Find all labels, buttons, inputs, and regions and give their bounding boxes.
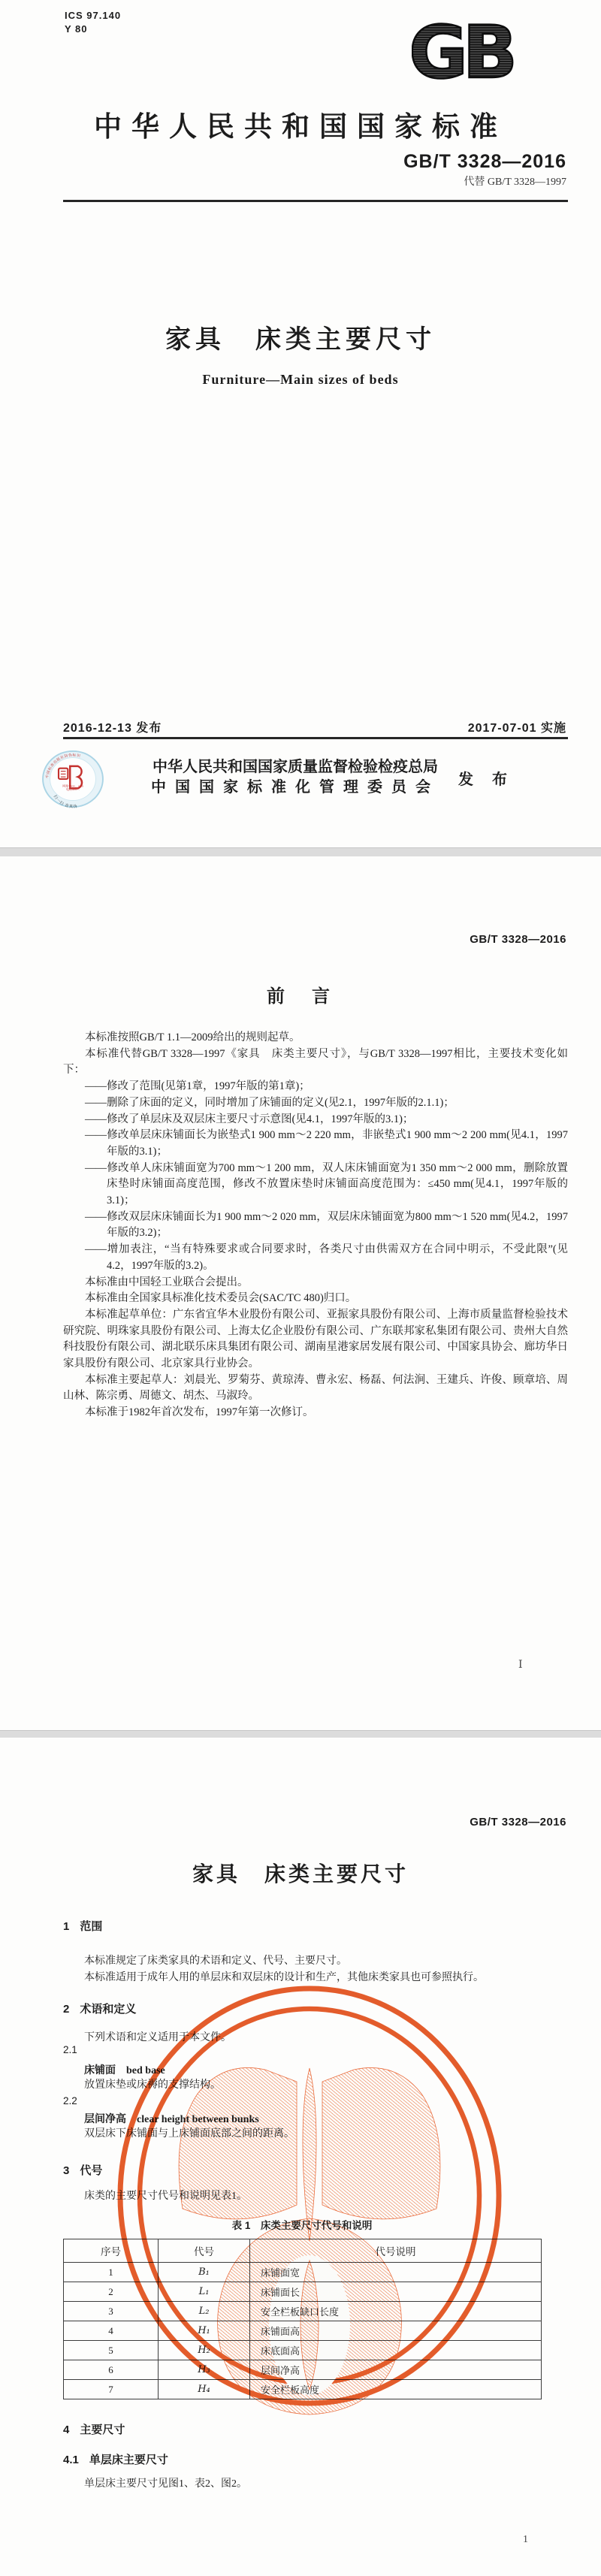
section-title: 单层床主要尺寸: [89, 2454, 168, 2466]
document-title-en: Furniture—Main sizes of beds: [0, 372, 601, 388]
running-header-standard-number: GB/T 3328—2016: [470, 1816, 566, 1829]
term-number: 2.2: [63, 2095, 77, 2106]
page-number: 1: [523, 2534, 528, 2546]
col-header-description: 代号说明: [250, 2239, 542, 2263]
classification-code: Y 80: [65, 23, 88, 35]
cell-description: 床铺面宽: [250, 2263, 542, 2282]
section-title: 术语和定义: [80, 2003, 136, 2016]
col-header-code: 代号: [159, 2239, 250, 2263]
term-en: bed base: [126, 2065, 165, 2076]
issue-label: 发 布: [458, 767, 515, 789]
table-row: 4 H₁ 床铺面高: [64, 2321, 542, 2341]
cell-description: 安全栏板缺口长度: [250, 2302, 542, 2321]
gb-logo-icon: GB: [412, 15, 521, 88]
section-title: 代号: [80, 2164, 102, 2177]
table-row: 3 L₂ 安全栏板缺口长度: [64, 2302, 542, 2321]
table1-caption: 表 1 床类主要尺寸代号和说明: [63, 2217, 541, 2232]
cell-index: 6: [64, 2360, 159, 2380]
standard-type-heading: 中华人民共和国国家标准: [0, 104, 601, 144]
section-1-heading: 1范围: [63, 1918, 102, 1934]
foreword-change-item: ——修改单层床床铺面长为嵌垫式1 900 mm～2 220 mm，非嵌垫式1 9…: [63, 1128, 568, 1160]
foreword-body: 本标准按照GB/T 1.1—2009给出的规则起草。 本标准代替GB/T 332…: [63, 1030, 568, 1421]
term-cn: 床铺面: [84, 2064, 116, 2076]
running-header-standard-number: GB/T 3328—2016: [470, 933, 566, 946]
foreword-paragraph: 本标准起草单位：广东省宜华木业股份有限公司、亚振家具股份有限公司、上海市质量监督…: [63, 1307, 568, 1373]
seal-microtext-2: 电话400…: [66, 787, 80, 791]
scanned-standard-document: ICS 97.140 Y 80 GB 中华人民共和国国家标准 GB/T 3328…: [0, 0, 601, 2576]
issuing-agencies: 中华人民共和国国家质量监督检验检疫总局 中国国家标准化管理委员会: [126, 757, 464, 798]
cell-index: 1: [64, 2263, 159, 2282]
svg-text:GB: GB: [412, 15, 513, 84]
foreword-change-item: ——修改了范围(见第1章，1997年版的第1章)；: [63, 1079, 568, 1095]
issuer-line-1: 中华人民共和国国家质量监督检验检疫总局: [126, 757, 464, 778]
anti-counterfeit-seal-icon: 中国标准出版社防伪标识 网址www…com 电话400… 扫一扫 查真伪: [41, 750, 104, 812]
foreword-change-item: ——增加表注，“当有特殊要求或合同要求时，各类尺寸由供需双方在合同中明示，不受此…: [63, 1242, 568, 1274]
terms-intro: 下列术语和定义适用于本文件。: [63, 2031, 568, 2046]
ics-code: ICS 97.140: [65, 10, 121, 21]
section-title: 范围: [80, 1920, 102, 1933]
cell-index: 7: [64, 2380, 159, 2399]
cover-top-rule: [63, 200, 568, 202]
cell-code: L₁: [159, 2282, 250, 2302]
cell-index: 5: [64, 2341, 159, 2360]
section-number: 2: [63, 2003, 69, 2016]
table1-codes: 序号 代号 代号说明 1 B₁ 床铺面宽 2 L₁ 床铺面长 3: [63, 2239, 542, 2399]
foreword-paragraph: 本标准代替GB/T 3328—1997《家具 床类主要尺寸》，与GB/T 332…: [63, 1046, 568, 1079]
implementation-date: 2017-07-01 实施: [468, 718, 566, 735]
cover-bottom-rule: [63, 737, 568, 739]
section-title: 主要尺寸: [80, 2423, 125, 2436]
cell-description: 床铺面长: [250, 2282, 542, 2302]
standard-number: GB/T 3328—2016: [403, 151, 566, 173]
foreword-change-item: ——修改了单层床及双层床主要尺寸示意图(见4.1，1997年版的3.1)；: [63, 1112, 568, 1128]
cell-description: 安全栏板高度: [250, 2380, 542, 2399]
term-definition: 双层床下床铺面与上床铺面底部之间的距离。: [63, 2127, 568, 2142]
table-row: 2 L₁ 床铺面长: [64, 2282, 542, 2302]
term-number: 2.1: [63, 2044, 77, 2055]
content-page-title: 家具 床类主要尺寸: [0, 1858, 601, 1888]
foreword-change-item: ——修改单人床床铺面宽为700 mm～1 200 mm，双人床床铺面宽为1 35…: [63, 1161, 568, 1209]
table-row: 6 H₃ 层间净高: [64, 2360, 542, 2380]
cell-description: 层间净高: [250, 2360, 542, 2380]
table-row: 7 H₄ 安全栏板高度: [64, 2380, 542, 2399]
cell-code: H₄: [159, 2380, 250, 2399]
cell-index: 2: [64, 2282, 159, 2302]
page-number: Ⅰ: [518, 1659, 523, 1672]
foreword-paragraph: 本标准主要起草人：刘晨光、罗菊芬、黄琼涛、曹永宏、杨磊、何法涧、王建兵、许俊、顾…: [63, 1373, 568, 1405]
col-header-index: 序号: [64, 2239, 159, 2263]
foreword-paragraph: 本标准于1982年首次发布，1997年第一次修订。: [63, 1405, 568, 1421]
replaces-note: 代替 GB/T 3328—1997: [464, 174, 566, 189]
issue-date: 2016-12-13 发布: [63, 718, 162, 735]
foreword-paragraph: 本标准由中国轻工业联合会提出。: [63, 1275, 568, 1291]
main-sizes-paragraph: 单层床主要尺寸见图1、表2、图2。: [63, 2477, 568, 2492]
term-entry: 层间净高clear height between bunks: [63, 2111, 568, 2128]
cell-code: B₁: [159, 2263, 250, 2282]
foreword-paragraph: 本标准由全国家具标准化技术委员会(SAC/TC 480)归口。: [63, 1291, 568, 1307]
section-2-heading: 2术语和定义: [63, 2001, 136, 2016]
foreword-page: GB/T 3328—2016 前 言 本标准按照GB/T 1.1—2009给出的…: [0, 856, 601, 1730]
scope-paragraph: 本标准规定了床类家具的术语和定义、代号、主要尺寸。: [63, 1954, 568, 1969]
term-entry: 床铺面bed base: [63, 2062, 568, 2079]
foreword-change-item: ——删除了床面的定义，同时增加了床铺面的定义(见2.1，1997年版的2.1.1…: [63, 1095, 568, 1112]
term-cn: 层间净高: [84, 2112, 126, 2125]
table-header-row: 序号 代号 代号说明: [64, 2239, 542, 2263]
table-row: 5 H₂ 床底面高: [64, 2341, 542, 2360]
issuer-line-2: 中国国家标准化管理委员会: [126, 778, 464, 798]
foreword-title: 前 言: [0, 981, 601, 1007]
cell-code: H₃: [159, 2360, 250, 2380]
content-page: GB/T 3328—2016 家具 床类主要尺寸 1范围 本标准规定了床类家具的…: [0, 1738, 601, 2576]
cell-description: 床底面高: [250, 2341, 542, 2360]
foreword-paragraph: 本标准按照GB/T 1.1—2009给出的规则起草。: [63, 1030, 568, 1046]
scope-paragraph: 本标准适用于成年人用的单层床和双层床的设计和生产，其他床类家具也可参照执行。: [63, 1971, 568, 1986]
term-definition: 放置床垫或床褥的支撑结构。: [63, 2078, 568, 2093]
cell-index: 4: [64, 2321, 159, 2341]
cell-index: 3: [64, 2302, 159, 2321]
section-number: 4.1: [63, 2454, 79, 2466]
table-row: 1 B₁ 床铺面宽: [64, 2263, 542, 2282]
section-4-1-heading: 4.1单层床主要尺寸: [63, 2451, 168, 2467]
section-number: 1: [63, 1920, 69, 1933]
cell-code: H₂: [159, 2341, 250, 2360]
cell-code: L₂: [159, 2302, 250, 2321]
section-4-heading: 4主要尺寸: [63, 2421, 125, 2437]
section-3-heading: 3代号: [63, 2162, 102, 2178]
codes-paragraph: 床类的主要尺寸代号和说明见表1。: [63, 2189, 568, 2204]
term-en: clear height between bunks: [137, 2114, 259, 2125]
section-number: 3: [63, 2164, 69, 2177]
foreword-change-item: ——修改双层床床铺面长为1 900 mm～2 020 mm，双层床床铺面宽为80…: [63, 1209, 568, 1242]
cell-description: 床铺面高: [250, 2321, 542, 2341]
document-title-cn: 家具 床类主要尺寸: [0, 319, 601, 355]
cell-code: H₁: [159, 2321, 250, 2341]
cover-page: ICS 97.140 Y 80 GB 中华人民共和国国家标准 GB/T 3328…: [0, 0, 601, 847]
section-number: 4: [63, 2423, 69, 2436]
